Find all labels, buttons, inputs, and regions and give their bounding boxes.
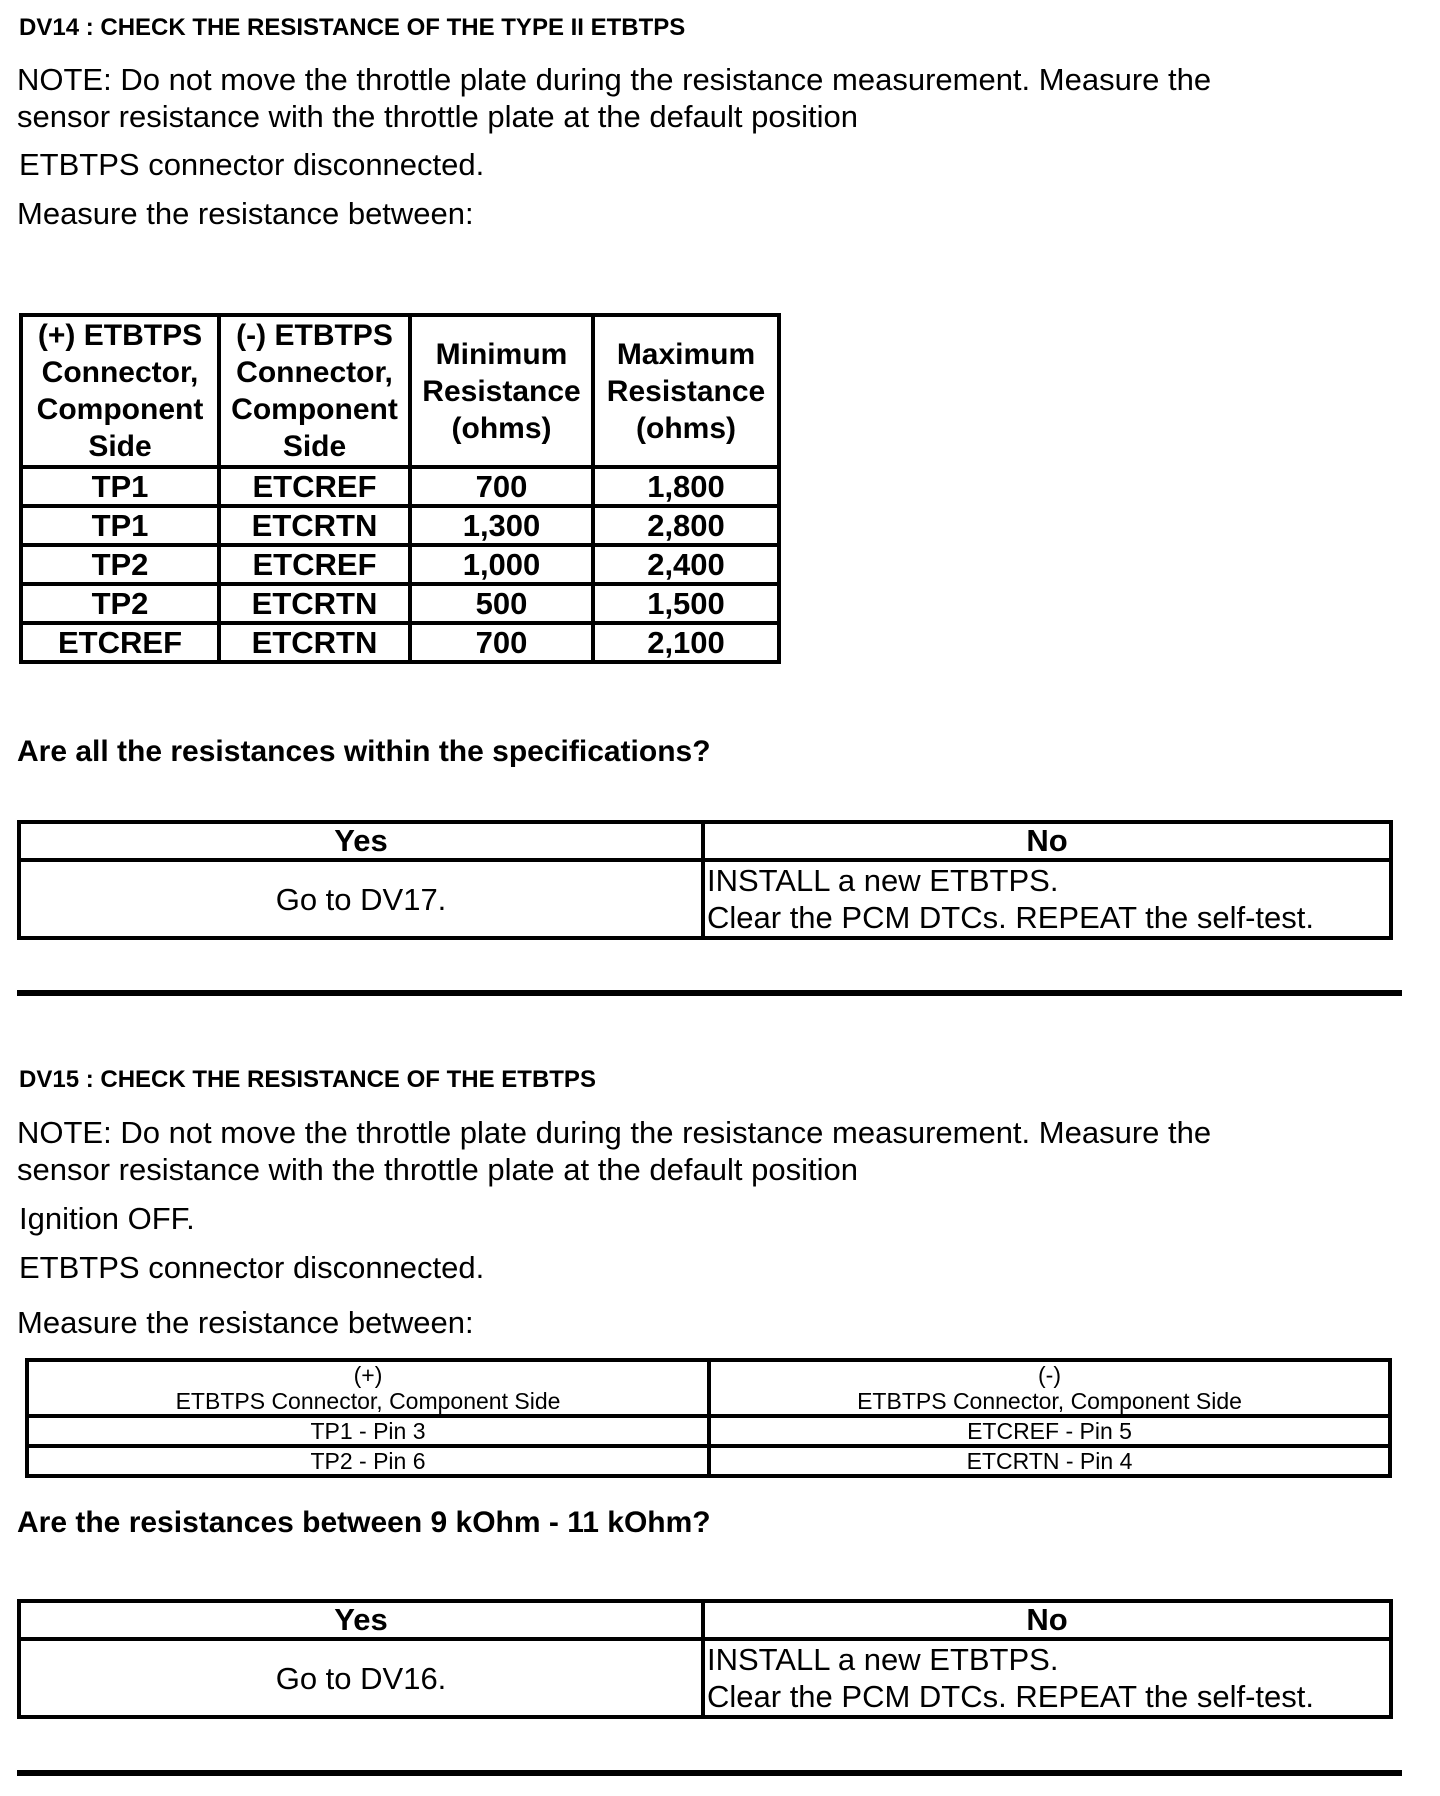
table-row: TP2 ETCREF 1,000 2,400: [21, 545, 779, 584]
cell-min: 700: [410, 623, 593, 662]
dv14-decision-table: Yes No Go to DV17. INSTALL a new ETBTPS.…: [17, 820, 1393, 940]
header-plus-connector: (+) ETBTPS Connector, Component Side: [21, 315, 219, 467]
cell-minus-pin: ETCREF - Pin 5: [709, 1416, 1390, 1446]
cell-plus: TP1: [21, 467, 219, 506]
cell-plus: TP2: [21, 545, 219, 584]
dv15-note-line1: NOTE: Do not move the throttle plate dur…: [17, 1114, 1211, 1151]
cell-min: 1,300: [410, 506, 593, 545]
cell-max: 2,100: [593, 623, 779, 662]
pin-table-header-row: (+) ETBTPS Connector, Component Side (-)…: [27, 1360, 1390, 1416]
table-row: TP2 - Pin 6 ETCRTN - Pin 4: [27, 1446, 1390, 1476]
cell-max: 1,800: [593, 467, 779, 506]
dv14-step-measure: Measure the resistance between:: [17, 195, 474, 232]
dv14-note-line1: NOTE: Do not move the throttle plate dur…: [17, 61, 1211, 98]
table-row: ETCREF ETCRTN 700 2,100: [21, 623, 779, 662]
table-row: TP1 ETCRTN 1,300 2,800: [21, 506, 779, 545]
cell-plus-pin: TP2 - Pin 6: [27, 1446, 709, 1476]
dv15-decision-table: Yes No Go to DV16. INSTALL a new ETBTPS.…: [17, 1599, 1393, 1719]
decision-action-row: Go to DV17. INSTALL a new ETBTPS. Clear …: [19, 860, 1391, 938]
yes-action-link[interactable]: Go to DV17.: [19, 860, 703, 938]
dv15-note-line2: sensor resistance with the throttle plat…: [17, 1151, 858, 1188]
no-action: INSTALL a new ETBTPS. Clear the PCM DTCs…: [703, 860, 1391, 938]
cell-max: 2,800: [593, 506, 779, 545]
dv15-heading: DV15 : CHECK THE RESISTANCE OF THE ETBTP…: [19, 1066, 596, 1094]
no-header: No: [703, 822, 1391, 860]
spec-table-header-row: (+) ETBTPS Connector, Component Side (-)…: [21, 315, 779, 467]
decision-action-row: Go to DV16. INSTALL a new ETBTPS. Clear …: [19, 1639, 1391, 1717]
cell-plus-pin: TP1 - Pin 3: [27, 1416, 709, 1446]
dv15-step-connector: ETBTPS connector disconnected.: [19, 1249, 484, 1286]
cell-minus: ETCREF: [219, 545, 410, 584]
header-min-resistance: Minimum Resistance (ohms): [410, 315, 593, 467]
decision-header-row: Yes No: [19, 1601, 1391, 1639]
table-row: TP1 ETCREF 700 1,800: [21, 467, 779, 506]
dv14-step-connector: ETBTPS connector disconnected.: [19, 146, 484, 183]
yes-action-link[interactable]: Go to DV16.: [19, 1639, 703, 1717]
header-max-resistance: Maximum Resistance (ohms): [593, 315, 779, 467]
yes-header: Yes: [19, 822, 703, 860]
table-row: TP2 ETCRTN 500 1,500: [21, 584, 779, 623]
yes-header: Yes: [19, 1601, 703, 1639]
cell-min: 700: [410, 467, 593, 506]
header-minus-connector: (-) ETBTPS Connector, Component Side: [219, 315, 410, 467]
dv15-step-ignition: Ignition OFF.: [19, 1200, 195, 1237]
cell-min: 500: [410, 584, 593, 623]
cell-minus: ETCREF: [219, 467, 410, 506]
dv15-step-measure: Measure the resistance between:: [17, 1304, 474, 1341]
dv15-question: Are the resistances between 9 kOhm - 11 …: [17, 1505, 711, 1541]
cell-minus-pin: ETCRTN - Pin 4: [709, 1446, 1390, 1476]
table-row: TP1 - Pin 3 ETCREF - Pin 5: [27, 1416, 1390, 1446]
cell-plus: TP1: [21, 506, 219, 545]
cell-plus: ETCREF: [21, 623, 219, 662]
header-plus-connector: (+) ETBTPS Connector, Component Side: [27, 1360, 709, 1416]
dv14-resistance-spec-table: (+) ETBTPS Connector, Component Side (-)…: [19, 313, 781, 664]
section-divider: [17, 1770, 1402, 1776]
header-minus-connector: (-) ETBTPS Connector, Component Side: [709, 1360, 1390, 1416]
dv14-note-line2: sensor resistance with the throttle plat…: [17, 98, 858, 135]
cell-minus: ETCRTN: [219, 584, 410, 623]
decision-header-row: Yes No: [19, 822, 1391, 860]
section-divider: [17, 990, 1402, 996]
cell-minus: ETCRTN: [219, 623, 410, 662]
cell-minus: ETCRTN: [219, 506, 410, 545]
dv15-pin-table: (+) ETBTPS Connector, Component Side (-)…: [25, 1358, 1392, 1478]
dv14-heading: DV14 : CHECK THE RESISTANCE OF THE TYPE …: [19, 14, 685, 42]
cell-max: 1,500: [593, 584, 779, 623]
cell-max: 2,400: [593, 545, 779, 584]
cell-plus: TP2: [21, 584, 219, 623]
no-header: No: [703, 1601, 1391, 1639]
no-action: INSTALL a new ETBTPS. Clear the PCM DTCs…: [703, 1639, 1391, 1717]
cell-min: 1,000: [410, 545, 593, 584]
dv14-question: Are all the resistances within the speci…: [17, 734, 711, 770]
